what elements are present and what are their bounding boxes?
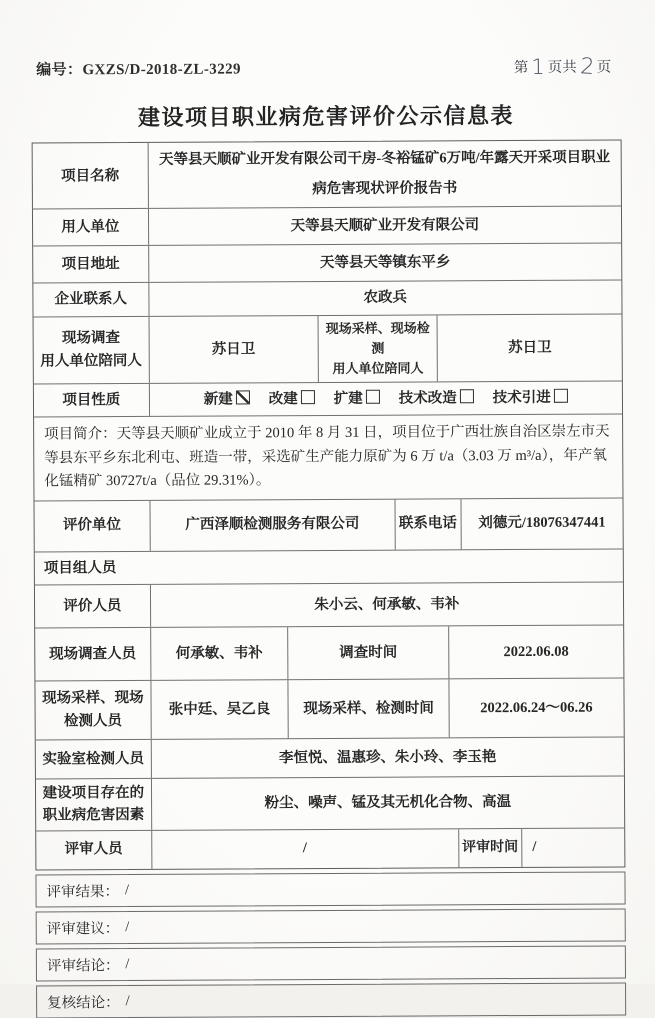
escort-sampling-value: 苏日卫 bbox=[437, 314, 622, 381]
page-content: 编号：GXZS/D-2018-ZL-3229 第1页共2页 建设项目职业病危害评… bbox=[0, 0, 655, 984]
option-tech-upgrade: 技术改造 bbox=[399, 385, 474, 411]
evaluator-phone-label: 联系电话 bbox=[394, 499, 460, 549]
note-review-suggestion-value: / bbox=[125, 919, 129, 936]
doc-number: 编号：GXZS/D-2018-ZL-3229 bbox=[36, 57, 241, 79]
checkbox-empty-icon bbox=[554, 389, 568, 403]
employer-value: 天等县天顺矿业开发有限公司 bbox=[148, 207, 622, 245]
note-review-conclusion-value: / bbox=[125, 956, 129, 973]
row-review: 评审人员 / 评审时间 / bbox=[36, 827, 624, 869]
survey-time-value: 2022.06.08 bbox=[448, 625, 624, 678]
lab-value: 李恒悦、温惠珍、朱小玲、李玉艳 bbox=[150, 737, 624, 777]
option-tech-upgrade-label: 技术改造 bbox=[399, 390, 457, 406]
evaluators-label: 评价人员 bbox=[35, 585, 150, 628]
escort-survey-label: 现场调查 用人单位陪同人 bbox=[34, 316, 149, 383]
scanned-page: 编号：GXZS/D-2018-ZL-3229 第1页共2页 建设项目职业病危害评… bbox=[0, 0, 655, 984]
checkbox-empty-icon bbox=[366, 390, 380, 404]
checkbox-checked-icon bbox=[236, 390, 250, 404]
evaluator-phone-value: 刘德元/18076347441 bbox=[460, 498, 623, 549]
sampling-value: 张中廷、吴乙良 bbox=[150, 680, 288, 739]
page-indicator-suffix: 页 bbox=[597, 60, 612, 76]
team-header-text: 项目组人员 bbox=[35, 549, 623, 584]
option-expansion: 扩建 bbox=[334, 386, 380, 412]
note-review-conclusion: 评审结论：/ bbox=[36, 945, 626, 981]
option-expansion-label: 扩建 bbox=[334, 391, 363, 407]
hazards-value: 粉尘、噪声、锰及其无机化合物、高温 bbox=[151, 776, 625, 829]
option-rebuild: 改建 bbox=[269, 386, 315, 412]
evaluator-org-label: 评价单位 bbox=[34, 500, 149, 551]
row-survey: 现场调查人员 何承敏、韦补 调查时间 2022.06.08 bbox=[35, 624, 623, 680]
survey-value: 何承敏、韦补 bbox=[150, 627, 288, 680]
checkbox-empty-icon bbox=[460, 389, 474, 403]
page-total-number: 2 bbox=[576, 56, 597, 79]
note-review-result: 评审结果：/ bbox=[35, 871, 625, 907]
row-employer: 用人单位 天等县天顺矿业开发有限公司 bbox=[33, 206, 621, 246]
note-review-conclusion-label: 评审结论： bbox=[47, 954, 120, 975]
page-current-number: 1 bbox=[528, 57, 547, 78]
option-tech-import: 技术引进 bbox=[493, 385, 568, 411]
sampling-label: 现场采样、现场检测人员 bbox=[35, 681, 150, 740]
escort-sampling-label: 现场采样、现场检测 用人单位陪同人 bbox=[318, 315, 438, 382]
note-review-suggestion: 评审建议：/ bbox=[36, 908, 626, 944]
project-nature-options: 新建 改建 扩建 技术改造 技术引进 bbox=[149, 381, 623, 416]
hazards-label: 建设项目存在的职业病危害因素 bbox=[36, 779, 151, 831]
evaluator-org-value: 广西泽顺检测服务有限公司 bbox=[149, 499, 394, 550]
contact-label: 企业联系人 bbox=[33, 283, 148, 316]
address-label: 项目地址 bbox=[33, 246, 148, 283]
row-contact: 企业联系人 农政兵 bbox=[33, 280, 621, 316]
employer-label: 用人单位 bbox=[33, 209, 148, 246]
page-indicator-prefix: 第 bbox=[514, 60, 529, 76]
review-value: / bbox=[151, 829, 458, 869]
survey-time-label: 调查时间 bbox=[287, 626, 448, 679]
page-title: 建设项目职业病危害评价公示信息表 bbox=[0, 98, 654, 132]
sampling-time-label: 现场采样、检测时间 bbox=[288, 679, 449, 738]
checkbox-empty-icon bbox=[301, 390, 315, 404]
review-time-value: / bbox=[521, 828, 624, 867]
address-value: 天等县天等镇东平乡 bbox=[148, 244, 622, 282]
note-review-result-label: 评审结果： bbox=[46, 880, 119, 901]
row-escort: 现场调查 用人单位陪同人 苏日卫 现场采样、现场检测 用人单位陪同人 苏日卫 bbox=[34, 313, 622, 383]
row-evaluators: 评价人员 朱小云、何承敏、韦补 bbox=[35, 581, 623, 627]
row-evaluator-org: 评价单位 广西泽顺检测服务有限公司 联系电话 刘德元/18076347441 bbox=[34, 497, 622, 551]
row-project-nature: 项目性质 新建 改建 扩建 技术改造 技术引进 bbox=[34, 380, 622, 416]
project-nature-label: 项目性质 bbox=[34, 384, 149, 417]
row-lab: 实验室检测人员 李恒悦、温惠珍、朱小玲、李玉艳 bbox=[36, 736, 624, 778]
option-rebuild-label: 改建 bbox=[269, 391, 298, 407]
row-project-name: 项目名称 天等县天顺矿业开发有限公司干房-冬裕锰矿6万吨/年露天开采项目职业病危… bbox=[33, 140, 621, 209]
evaluators-value: 朱小云、何承敏、韦补 bbox=[150, 582, 624, 626]
page-indicator-mid: 页共 bbox=[548, 60, 577, 76]
page-indicator: 第1页共2页 bbox=[514, 55, 611, 78]
project-intro-text: 项目简介：天等县天顺矿业成立于 2010 年 8 月 31 日，项目位于广西壮族… bbox=[34, 415, 622, 501]
contact-value: 农政兵 bbox=[148, 281, 622, 316]
project-name-label: 项目名称 bbox=[33, 143, 148, 209]
review-time-label: 评审时间 bbox=[458, 829, 522, 867]
doc-number-value: GXZS/D-2018-ZL-3229 bbox=[82, 61, 241, 78]
row-address: 项目地址 天等县天等镇东平乡 bbox=[33, 243, 621, 283]
note-review-suggestion-label: 评审建议： bbox=[47, 917, 120, 938]
info-table: 项目名称 天等县天顺矿业开发有限公司干房-冬裕锰矿6万吨/年露天开采项目职业病危… bbox=[32, 139, 626, 870]
doc-number-label: 编号： bbox=[36, 62, 82, 78]
project-name-value: 天等县天顺矿业开发有限公司干房-冬裕锰矿6万吨/年露天开采项目职业病危害现状评价… bbox=[147, 140, 621, 208]
survey-label: 现场调查人员 bbox=[35, 628, 150, 681]
row-project-intro: 项目简介：天等县天顺矿业成立于 2010 年 8 月 31 日，项目位于广西壮族… bbox=[34, 414, 622, 501]
note-review-result-value: / bbox=[125, 882, 129, 899]
option-new-construction: 新建 bbox=[204, 386, 250, 412]
row-sampling: 现场采样、现场检测人员 张中廷、吴乙良 现场采样、检测时间 2022.06.24… bbox=[35, 677, 623, 739]
lab-label: 实验室检测人员 bbox=[36, 740, 151, 779]
option-new-construction-label: 新建 bbox=[204, 391, 233, 407]
page-header: 编号：GXZS/D-2018-ZL-3229 第1页共2页 bbox=[36, 55, 611, 80]
sampling-time-value: 2022.06.24～06.26 bbox=[448, 678, 624, 737]
row-team-header: 项目组人员 bbox=[35, 548, 623, 584]
review-label: 评审人员 bbox=[36, 830, 151, 869]
option-tech-import-label: 技术引进 bbox=[493, 390, 551, 406]
escort-survey-value: 苏日卫 bbox=[148, 316, 318, 383]
row-hazards: 建设项目存在的职业病危害因素 粉尘、噪声、锰及其无机化合物、高温 bbox=[36, 775, 624, 830]
